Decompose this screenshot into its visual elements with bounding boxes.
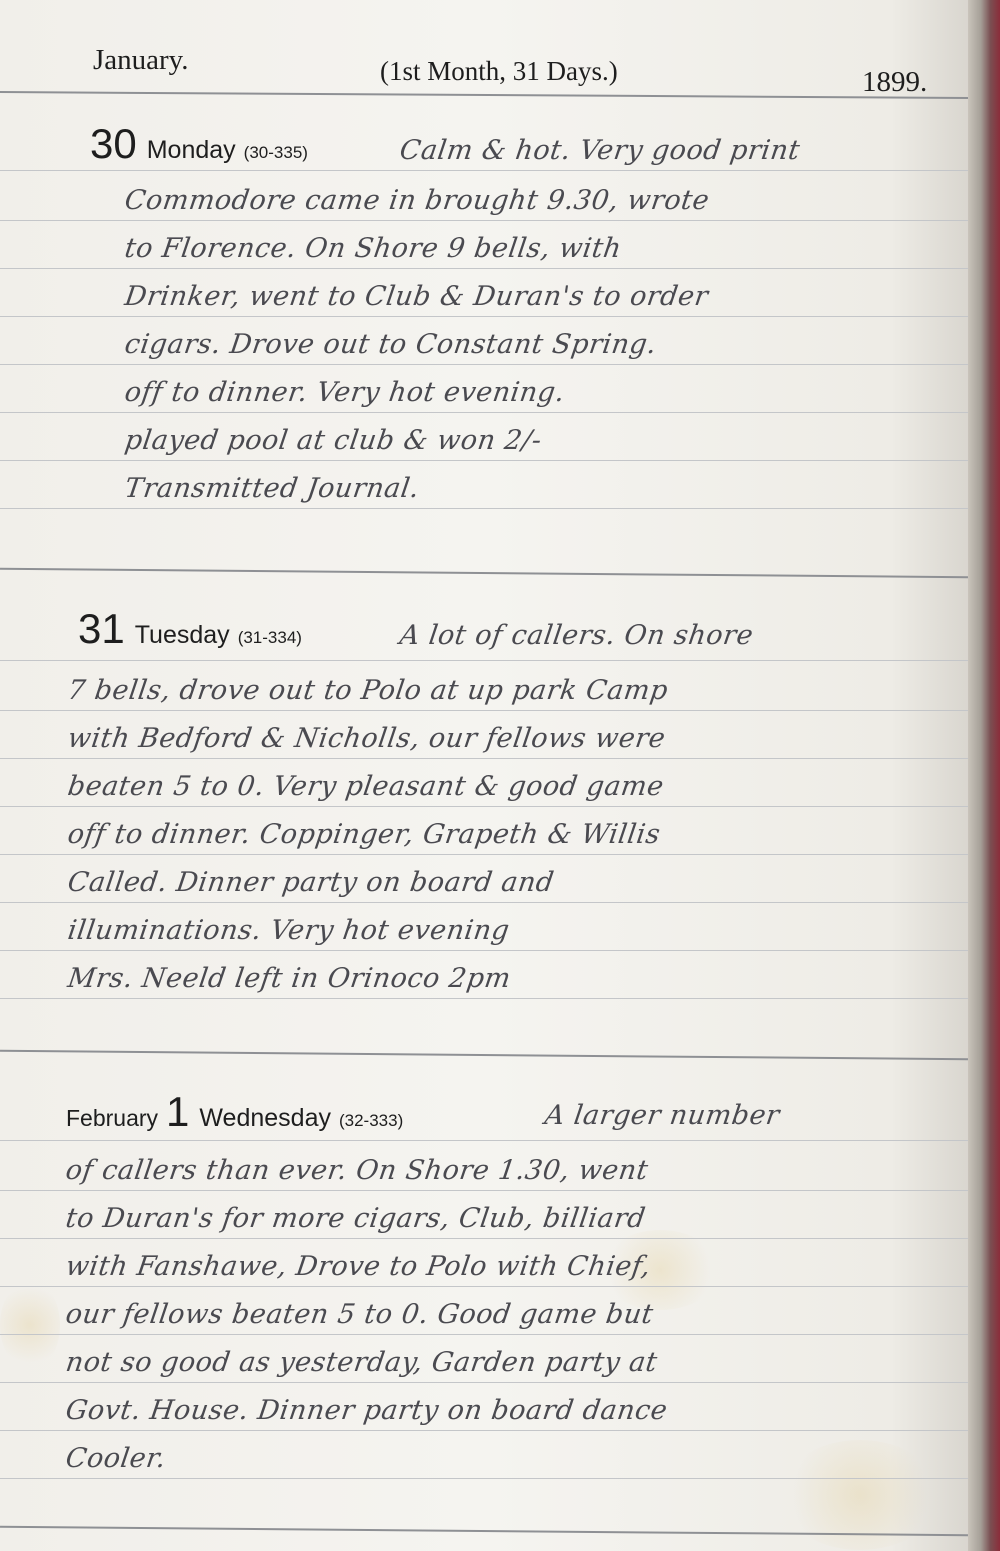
page-header: January. (1st Month, 31 Days.) 1899. [0,44,968,94]
handwritten-line: illuminations. Very hot evening [66,915,512,946]
handwritten-line: cigars. Drove out to Constant Spring. [123,329,659,360]
diary-page: January. (1st Month, 31 Days.) 1899. 30M… [0,0,968,1551]
ruled-line [0,806,968,807]
header-month: January. [93,44,189,77]
handwritten-line: with Bedford & Nicholls, our fellows wer… [66,723,668,754]
ruled-line [0,710,968,711]
ruled-line [0,1190,968,1191]
ruled-line [0,998,968,999]
ruled-line [0,1286,968,1287]
paper-stain [0,1280,60,1370]
handwritten-line: to Florence. On Shore 9 bells, with [123,233,624,264]
ruled-line [0,364,968,365]
ruled-line [0,660,968,661]
ruled-line [0,1238,968,1239]
ruled-line [0,1478,968,1479]
month-name: February [66,1105,158,1131]
entry-heading-jan-30: 30Monday(30-335) [90,120,308,168]
ruled-line [0,508,968,509]
day-number: 31 [78,605,125,652]
header-year: 1899. [862,66,927,99]
handwritten-line: to Duran's for more cigars, Club, billia… [64,1203,648,1234]
handwritten-line: Transmitted Journal. [123,473,421,504]
handwritten-line: off to dinner. Very hot evening. [123,377,567,408]
handwritten-line: Commodore came in brought 9.30, wrote [123,185,712,216]
handwritten-line: A lot of callers. On shore [398,620,755,651]
handwritten-line: beaten 5 to 0. Very pleasant & good game [66,771,666,802]
ruled-line [0,268,968,269]
ruled-line [0,1382,968,1383]
handwritten-line: Called. Dinner party on board and [66,867,556,898]
ruled-line [0,950,968,951]
handwritten-line: of callers than ever. On Shore 1.30, wen… [64,1155,650,1186]
weekday: Monday [147,136,236,164]
day-count: (30-335) [244,143,308,162]
day-divider [0,568,968,578]
handwritten-line: off to dinner. Coppinger, Grapeth & Will… [66,819,662,850]
ruled-line [0,412,968,413]
entry-heading-feb-1: February1Wednesday(32-333) [66,1088,403,1136]
ruled-line [0,1334,968,1335]
handwritten-line: not so good as yesterday, Garden party a… [64,1347,660,1378]
day-divider [0,1050,968,1060]
handwritten-line: 7 bells, drove out to Polo at up park Ca… [66,675,670,706]
book-binding-edge [968,0,1000,1551]
handwritten-line: Drinker, went to Club & Duran's to order [123,281,710,312]
handwritten-line: played pool at club & won 2/- [123,425,544,456]
weekday: Wednesday [199,1104,331,1132]
ruled-line [0,220,968,221]
day-count: (31-334) [238,628,302,647]
handwritten-line: Govt. House. Dinner party on board dance [64,1395,670,1426]
entry-heading-jan-31: 31Tuesday(31-334) [78,605,302,653]
day-count: (32-333) [339,1111,403,1130]
handwritten-line: Cooler. [64,1443,168,1474]
ruled-line [0,1140,968,1141]
ruled-line [0,170,968,171]
day-number: 1 [166,1088,189,1135]
ruled-line [0,460,968,461]
handwritten-line: Calm & hot. Very good print [398,135,802,166]
day-number: 30 [90,120,137,167]
handwritten-line: A larger number [543,1100,782,1131]
handwritten-line: with Fanshawe, Drove to Polo with Chief, [64,1251,653,1282]
handwritten-line: Mrs. Neeld left in Orinoco 2pm [66,963,513,994]
handwritten-line: our fellows beaten 5 to 0. Good game but [64,1299,656,1330]
weekday: Tuesday [135,621,230,649]
ruled-line [0,1430,968,1431]
ruled-line [0,902,968,903]
ruled-line [0,316,968,317]
ruled-line [0,854,968,855]
ruled-line [0,758,968,759]
header-month-info: (1st Month, 31 Days.) [380,56,618,87]
